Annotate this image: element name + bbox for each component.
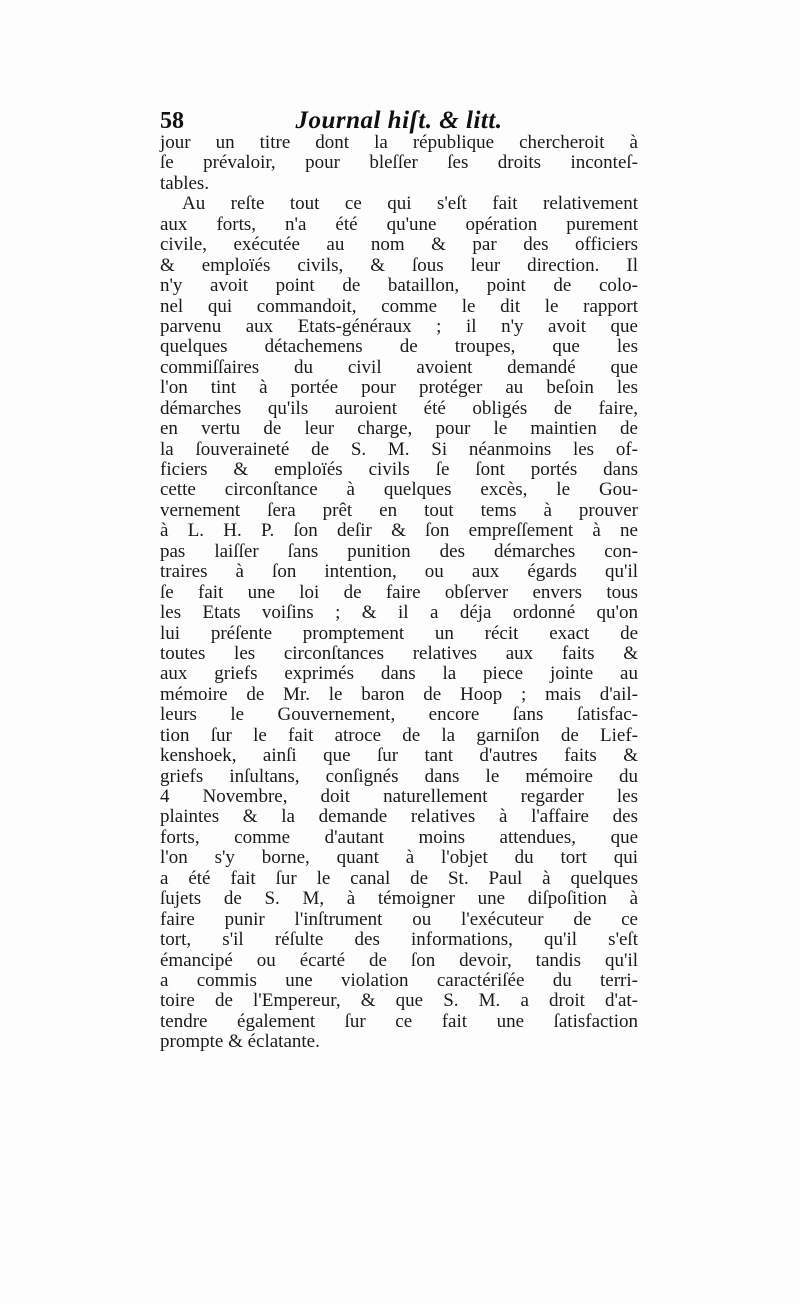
text-line: en vertu de leur charge, pour le maintie… [160, 419, 638, 439]
text-line: à L. H. P. ſon deſir & ſon empreſſement … [160, 521, 638, 541]
text-line: faire punir l'inſtrument ou l'exécuteur … [160, 910, 638, 930]
text-line: tables. [160, 174, 638, 194]
text-line: commiſſaires du civil avoient demandé qu… [160, 358, 638, 378]
text-line: quelques détachemens de troupes, que les [160, 337, 638, 357]
text-line: toutes les circonſtances relatives aux f… [160, 644, 638, 664]
text-line: ſe prévaloir, pour bleſſer ſes droits in… [160, 153, 638, 173]
text-line: Au reſte tout ce qui s'eſt fait relative… [160, 194, 638, 214]
text-line: émancipé ou écarté de ſon devoir, tandis… [160, 951, 638, 971]
text-line: civile, exécutée au nom & par des offici… [160, 235, 638, 255]
text-line: jour un titre dont la république cherche… [160, 133, 638, 153]
text-line: & emploïés civils, & ſous leur direction… [160, 256, 638, 276]
text-line: l'on s'y borne, quant à l'objet du tort … [160, 848, 638, 868]
text-line: forts, comme d'autant moins attendues, q… [160, 828, 638, 848]
text-line: tort, s'il réſulte des informations, qu'… [160, 930, 638, 950]
text-line: cette circonſtance à quelques excès, le … [160, 480, 638, 500]
text-line: n'y avoit point de bataillon, point de c… [160, 276, 638, 296]
text-line: griefs inſultans, conſignés dans le mémo… [160, 767, 638, 787]
page-header: 58 Journal hiſt. & litt. [160, 108, 638, 134]
body-text: jour un titre dont la république cherche… [160, 133, 638, 1053]
text-line: prompte & éclatante. [160, 1032, 638, 1052]
text-line: ficiers & emploïés civils ſe ſont portés… [160, 460, 638, 480]
text-line: pas laiſſer ſans punition des démarches … [160, 542, 638, 562]
text-line: leurs le Gouvernement, encore ſans ſatis… [160, 705, 638, 725]
text-line: ſe fait une loi de faire obſerver envers… [160, 583, 638, 603]
text-line: la ſouveraineté de S. M. Si néanmoins le… [160, 440, 638, 460]
text-line: a commis une violation caractériſée du t… [160, 971, 638, 991]
text-line: toire de l'Empereur, & que S. M. a droit… [160, 991, 638, 1011]
text-line: tion ſur le fait atroce de la garniſon d… [160, 726, 638, 746]
text-line: aux forts, n'a été qu'une opération pure… [160, 215, 638, 235]
book-page: 58 Journal hiſt. & litt. jour un titre d… [0, 0, 800, 1304]
text-line: mémoire de Mr. le baron de Hoop ; mais d… [160, 685, 638, 705]
text-line: vernement ſera prêt en tout tems à prouv… [160, 501, 638, 521]
running-title: Journal hiſt. & litt. [160, 108, 638, 134]
paragraph: jour un titre dont la république cherche… [160, 133, 638, 194]
text-line: nel qui commandoit, comme le dit le rapp… [160, 297, 638, 317]
text-line: 4 Novembre, doit naturellement regarder … [160, 787, 638, 807]
text-line: lui préſente promptement un récit exact … [160, 624, 638, 644]
text-line: plaintes & la demande relatives à l'affa… [160, 807, 638, 827]
text-line: aux griefs exprimés dans la piece jointe… [160, 664, 638, 684]
text-line: tendre également ſur ce fait une ſatisfa… [160, 1012, 638, 1032]
text-line: l'on tint à portée pour protéger au beſo… [160, 378, 638, 398]
text-line: démarches qu'ils auroient été obligés de… [160, 399, 638, 419]
text-line: traires à ſon intention, ou aux égards q… [160, 562, 638, 582]
text-line: ſujets de S. M, à témoigner une diſpoſit… [160, 889, 638, 909]
paragraph: Au reſte tout ce qui s'eſt fait relative… [160, 194, 638, 1052]
text-line: kenshoek, ainſi que ſur tant d'autres fa… [160, 746, 638, 766]
text-line: les Etats voiſins ; & il a déja ordonné … [160, 603, 638, 623]
text-line: a été fait ſur le canal de St. Paul à qu… [160, 869, 638, 889]
text-line: parvenu aux Etats-généraux ; il n'y avoi… [160, 317, 638, 337]
